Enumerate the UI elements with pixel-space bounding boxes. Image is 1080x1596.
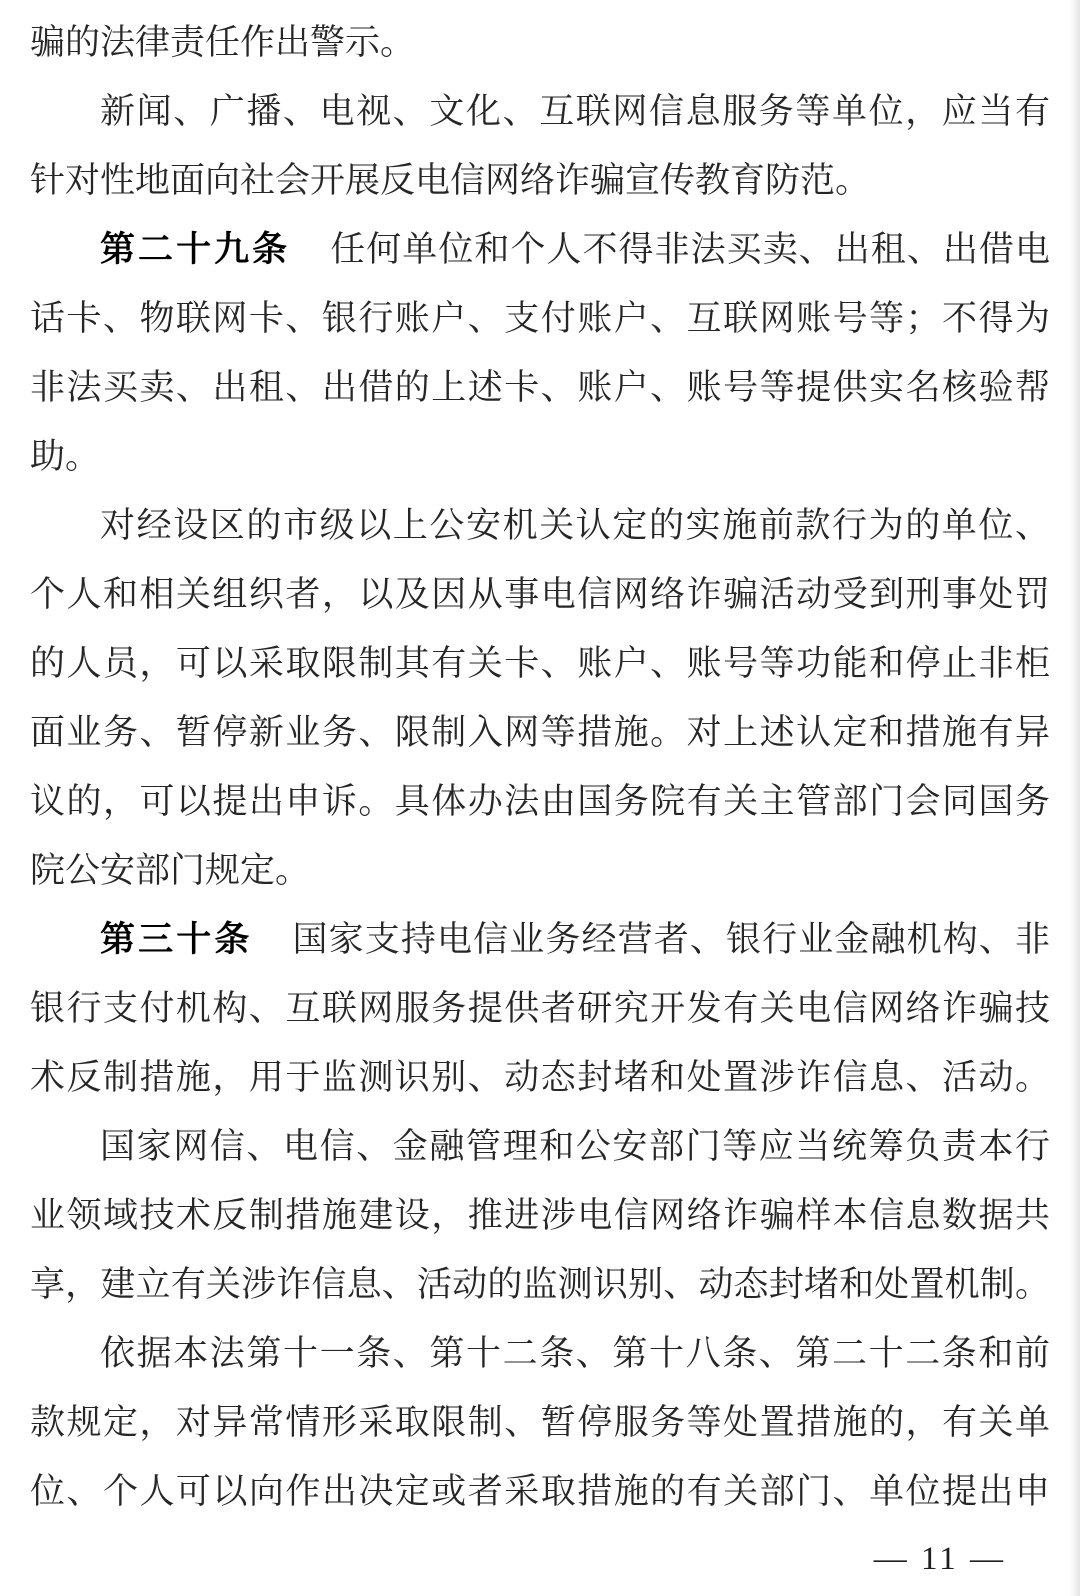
text-line: 话卡、物联网卡、银行账户、支付账户、互联网账号等；不得为 (30, 284, 1050, 353)
text-line: 院公安部门规定。 (30, 836, 1050, 905)
text-line: 个人和相关组织者，以及因从事电信网络诈骗活动受到刑事处罚 (30, 560, 1050, 629)
line-text: 议的，可以提出申诉。具体办法由国务院有关主管部门会同国务 (30, 782, 1050, 821)
page-footer: — 11 — (874, 1541, 1006, 1578)
line-text: 院公安部门规定。 (30, 851, 310, 890)
text-line: 面业务、暂停新业务、限制入网等措施。对上述认定和措施有异 (30, 698, 1050, 767)
line-text: 面业务、暂停新业务、限制入网等措施。对上述认定和措施有异 (30, 713, 1050, 752)
text-line: 助。 (30, 422, 1050, 491)
document-page: 骗的法律责任作出警示。新闻、广播、电视、文化、互联网信息服务等单位，应当有针对性… (0, 0, 1080, 1596)
scan-edge-shadow (1070, 0, 1080, 1596)
line-text: 款规定，对异常情形采取限制、暂停服务等处置措施的，有关单 (30, 1403, 1050, 1442)
line-text: 个人和相关组织者，以及因从事电信网络诈骗活动受到刑事处罚 (30, 575, 1050, 614)
line-text: 位、个人可以向作出决定或者采取措施的有关部门、单位提出申 (30, 1472, 1050, 1511)
article-number: 第二十九条 (100, 230, 290, 269)
line-text: 骗的法律责任作出警示。 (30, 23, 415, 62)
line-text: 依据本法第十一条、第十二条、第十八条、第二十二条和前 (100, 1334, 1050, 1373)
line-text: 国家网信、电信、金融管理和公安部门等应当统筹负责本行 (100, 1127, 1050, 1166)
text-line: 第二十九条任何单位和个人不得非法买卖、出租、出借电 (30, 215, 1050, 284)
line-text: 业领域技术反制措施建设，推进涉电信网络诈骗样本信息数据共 (30, 1196, 1050, 1235)
text-block: 骗的法律责任作出警示。新闻、广播、电视、文化、互联网信息服务等单位，应当有针对性… (30, 8, 1050, 1526)
text-line: 术反制措施，用于监测识别、动态封堵和处置涉诈信息、活动。 (30, 1043, 1050, 1112)
line-text: 银行支付机构、互联网服务提供者研究开发有关电信网络诈骗技 (30, 989, 1050, 1028)
line-text: 对经设区的市级以上公安机关认定的实施前款行为的单位、 (100, 506, 1050, 545)
text-line: 享，建立有关涉诈信息、活动的监测识别、动态封堵和处置机制。 (30, 1250, 1050, 1319)
line-text: 非法买卖、出租、出借的上述卡、账户、账号等提供实名核验帮 (30, 368, 1050, 407)
text-line: 新闻、广播、电视、文化、互联网信息服务等单位，应当有 (30, 77, 1050, 146)
article-number: 第三十条 (100, 920, 253, 959)
line-text: 针对性地面向社会开展反电信网络诈骗宣传教育防范。 (30, 161, 870, 200)
text-line: 款规定，对异常情形采取限制、暂停服务等处置措施的，有关单 (30, 1388, 1050, 1457)
text-line: 依据本法第十一条、第十二条、第十八条、第二十二条和前 (30, 1319, 1050, 1388)
text-line: 银行支付机构、互联网服务提供者研究开发有关电信网络诈骗技 (30, 974, 1050, 1043)
page-number: — 11 — (874, 1541, 1006, 1577)
line-text: 国家支持电信业务经营者、银行业金融机构、非 (293, 920, 1050, 959)
line-text: 新闻、广播、电视、文化、互联网信息服务等单位，应当有 (100, 92, 1050, 131)
text-line: 国家网信、电信、金融管理和公安部门等应当统筹负责本行 (30, 1112, 1050, 1181)
text-line: 对经设区的市级以上公安机关认定的实施前款行为的单位、 (30, 491, 1050, 560)
line-text: 助。 (30, 437, 100, 476)
text-line: 议的，可以提出申诉。具体办法由国务院有关主管部门会同国务 (30, 767, 1050, 836)
text-line: 非法买卖、出租、出借的上述卡、账户、账号等提供实名核验帮 (30, 353, 1050, 422)
text-line: 业领域技术反制措施建设，推进涉电信网络诈骗样本信息数据共 (30, 1181, 1050, 1250)
text-line: 位、个人可以向作出决定或者采取措施的有关部门、单位提出申 (30, 1457, 1050, 1526)
line-text: 术反制措施，用于监测识别、动态封堵和处置涉诈信息、活动。 (30, 1058, 1050, 1097)
text-line: 针对性地面向社会开展反电信网络诈骗宣传教育防范。 (30, 146, 1050, 215)
text-line: 第三十条国家支持电信业务经营者、银行业金融机构、非 (30, 905, 1050, 974)
text-line: 的人员，可以采取限制其有关卡、账户、账号等功能和停止非柜 (30, 629, 1050, 698)
line-text: 的人员，可以采取限制其有关卡、账户、账号等功能和停止非柜 (30, 644, 1050, 683)
line-text: 任何单位和个人不得非法买卖、出租、出借电 (330, 230, 1050, 269)
line-text: 话卡、物联网卡、银行账户、支付账户、互联网账号等；不得为 (30, 299, 1050, 338)
text-line: 骗的法律责任作出警示。 (30, 8, 1050, 77)
line-text: 享，建立有关涉诈信息、活动的监测识别、动态封堵和处置机制。 (30, 1265, 1050, 1304)
